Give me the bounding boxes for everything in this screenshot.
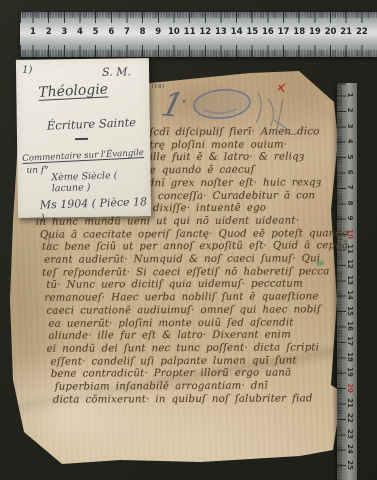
red-check-mark xyxy=(278,84,285,92)
ink-dot xyxy=(183,100,186,103)
note-century: Xème Siècle ( lacune ) xyxy=(51,169,151,194)
oval-library-stamp xyxy=(193,88,251,121)
note-index-mark: 1) xyxy=(22,65,32,76)
note-dash xyxy=(75,138,88,140)
note-title: Théologie xyxy=(38,81,108,100)
note-subtitle: Écriture Sainte xyxy=(47,115,137,133)
pencil-scribble xyxy=(256,92,298,134)
archivist-note: 1) S. M. Théologie Écriture Sainte Comme… xyxy=(16,58,151,218)
note-folio-mark: un f° xyxy=(26,165,48,175)
note-shelfmark: Ms 1904 ( Pièce 18 ) xyxy=(40,195,152,224)
note-collection-mark: S. M. xyxy=(102,65,131,78)
note-description: Commentaire sur l'Évangile xyxy=(22,148,144,164)
